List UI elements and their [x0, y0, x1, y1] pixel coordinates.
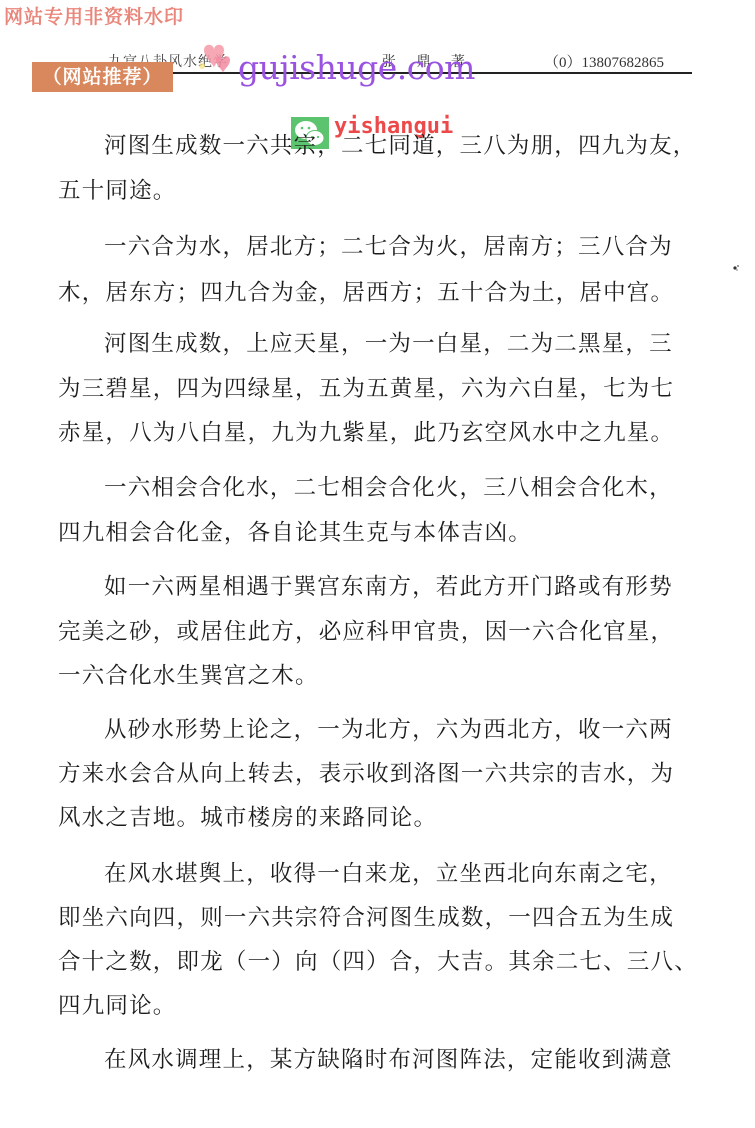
text-line: 河图生成数一六共宗，二七同道，三八为朋，四九为友，: [104, 128, 697, 160]
text-line: 在风水堪舆上，收得一白来龙，立坐西北向东南之宅，: [104, 856, 673, 888]
hearts-icon: [190, 40, 240, 80]
text-line: 风水之吉地。城市楼房的来路同论。: [58, 800, 437, 832]
text-line: 一六合化水生巽宫之木。: [58, 658, 319, 690]
text-line: 完美之砂，或居住此方，必应科甲官贵，因一六合化官星，: [58, 614, 674, 646]
text-line: 在风水调理上，某方缺陷时布河图阵法，定能收到满意: [104, 1042, 673, 1074]
text-line: 合十之数，即龙（一）向（四）合，大吉。其余二七、三八、: [58, 944, 698, 976]
text-line: 从砂水形势上论之，一为北方，六为西北方，收一六两: [104, 712, 673, 744]
text-line: 即坐六向四，则一六共宗符合河图生成数，一四合五为生成: [58, 900, 674, 932]
site-url-watermark: gujishuge.com: [238, 48, 475, 87]
text-line: 五十同途。: [58, 173, 177, 205]
text-line: 方来水会合从向上转去，表示收到洛图一六共宗的吉水，为: [58, 756, 674, 788]
phone-number: （0）13807682865: [544, 51, 664, 72]
top-watermark-banner: 网站专用非资料水印: [4, 2, 184, 29]
text-line: 四九相会合化金，各自论其生克与本体吉凶。: [58, 515, 532, 547]
text-line: 河图生成数，上应天星，一为一白星，二为二黑星，三: [104, 326, 673, 358]
text-line: 赤星，八为八白星，九为九紫星，此乃玄空风水中之九星。: [58, 415, 674, 447]
text-line: 为三碧星，四为四绿星，五为五黄星，六为六白星，七为七: [58, 371, 674, 403]
recommend-badge: （网站推荐）: [32, 62, 173, 92]
text-line: 四九同论。: [58, 988, 177, 1020]
text-line: 木，居东方；四九合为金，居西方；五十合为土，居中宫。: [58, 275, 674, 307]
text-line: 一六合为水，居北方；二七合为火，居南方；三八合为: [104, 229, 673, 261]
text-line: 如一六两星相遇于巽宫东南方，若此方开门路或有形势: [104, 569, 673, 601]
text-line: 一六相会合化水，二七相会合化火，三八相会合化木，: [104, 470, 673, 502]
page-number: 2: [354, 1052, 362, 1070]
scan-speck-mark: [731, 263, 741, 273]
